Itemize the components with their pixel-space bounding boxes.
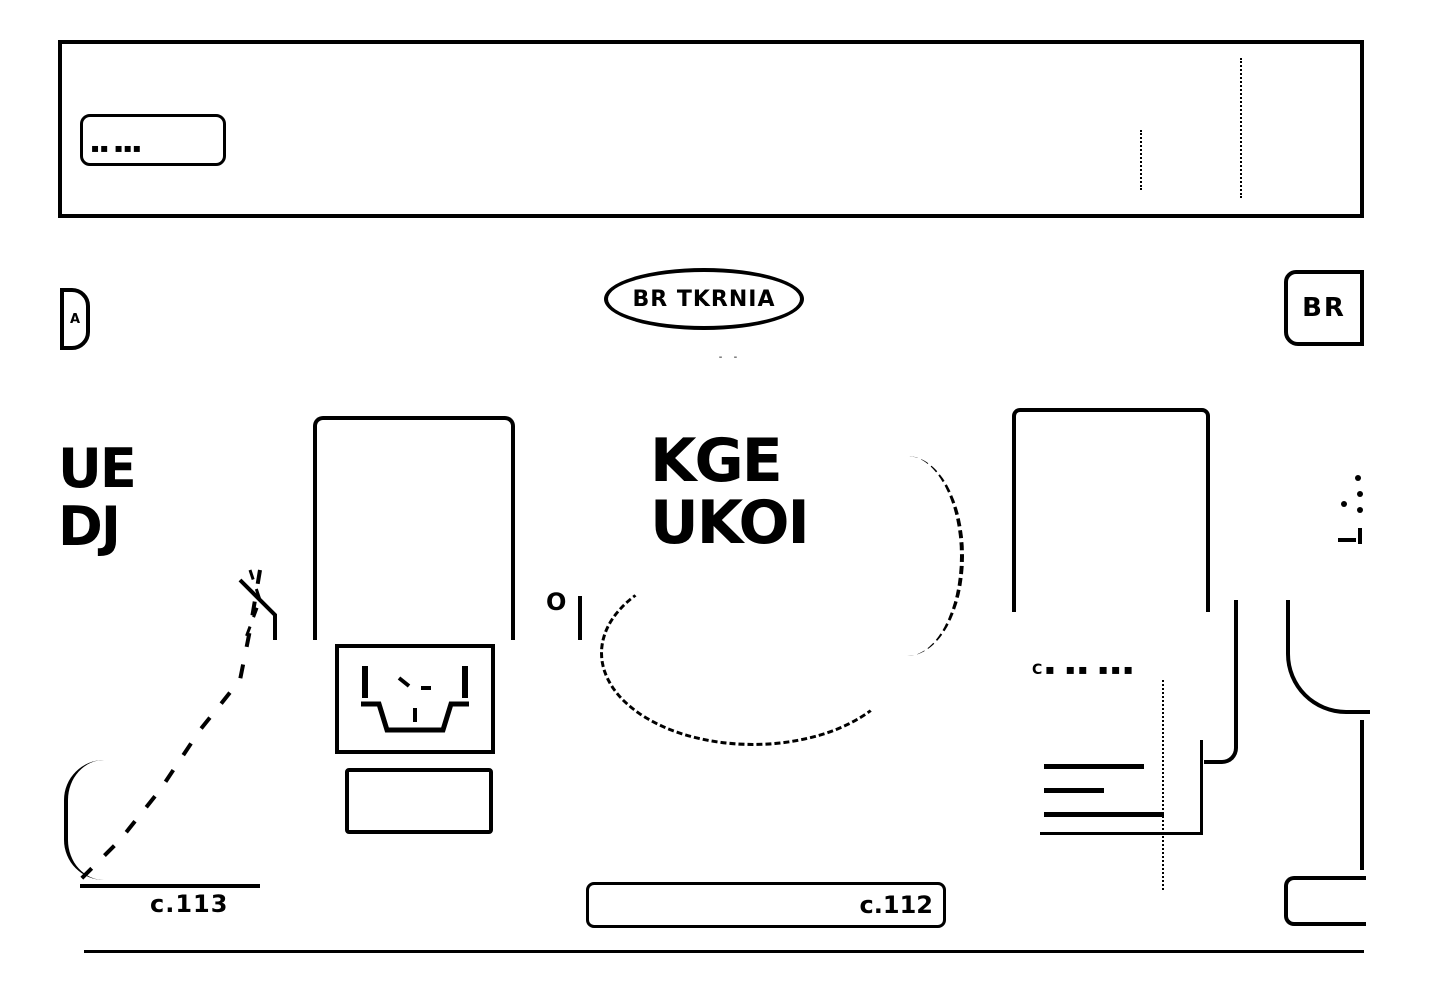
right-tab-label: BR bbox=[1302, 293, 1346, 323]
bottom-left-label: c.113 bbox=[150, 890, 260, 926]
header-button-label: ▪▪ ▪▪▪ bbox=[91, 141, 142, 155]
logo-badge: BR TKRNIA bbox=[604, 268, 804, 330]
left-card[interactable] bbox=[313, 416, 515, 640]
right-dotted-guide bbox=[1162, 680, 1164, 890]
list-item[interactable] bbox=[1044, 764, 1144, 769]
left-heading: UE DJ bbox=[58, 440, 148, 570]
right-card-connector bbox=[1204, 600, 1238, 764]
bottom-input-field[interactable]: c.112 bbox=[586, 882, 946, 928]
center-marker: O bbox=[546, 588, 566, 616]
right-card[interactable] bbox=[1012, 408, 1210, 612]
right-row-label: C▪ ▪▪ ▪▪▪ bbox=[1032, 662, 1202, 698]
right-bottom-tab[interactable] bbox=[1284, 876, 1366, 926]
left-lower-bracket bbox=[64, 760, 108, 880]
header-decoration bbox=[1130, 50, 1350, 200]
basket-icon bbox=[339, 648, 491, 750]
center-marker-bar bbox=[578, 596, 582, 640]
header-dotted-line bbox=[1240, 58, 1242, 198]
left-tab-label: A bbox=[70, 312, 80, 327]
right-list bbox=[1040, 740, 1203, 835]
right-dots-decoration bbox=[1330, 470, 1370, 550]
header-button[interactable]: ▪▪ ▪▪▪ bbox=[80, 114, 226, 166]
left-icon-button[interactable] bbox=[335, 644, 495, 754]
logo-subtext: - - bbox=[700, 352, 760, 372]
right-edge-line bbox=[1360, 720, 1364, 870]
list-item[interactable] bbox=[1044, 788, 1104, 793]
left-lower-divider bbox=[80, 884, 260, 888]
center-dial-arc bbox=[600, 560, 906, 746]
logo-text: BR TKRNIA bbox=[633, 287, 776, 312]
left-tab[interactable]: A bbox=[60, 288, 90, 350]
right-arc-decoration bbox=[1286, 600, 1370, 714]
left-blank-field[interactable] bbox=[345, 768, 493, 834]
list-item[interactable] bbox=[1044, 812, 1164, 817]
bottom-input-value: c.112 bbox=[860, 891, 933, 919]
bottom-divider bbox=[84, 950, 1364, 953]
header-dotted-line bbox=[1140, 130, 1142, 190]
right-tab[interactable]: BR bbox=[1284, 270, 1364, 346]
